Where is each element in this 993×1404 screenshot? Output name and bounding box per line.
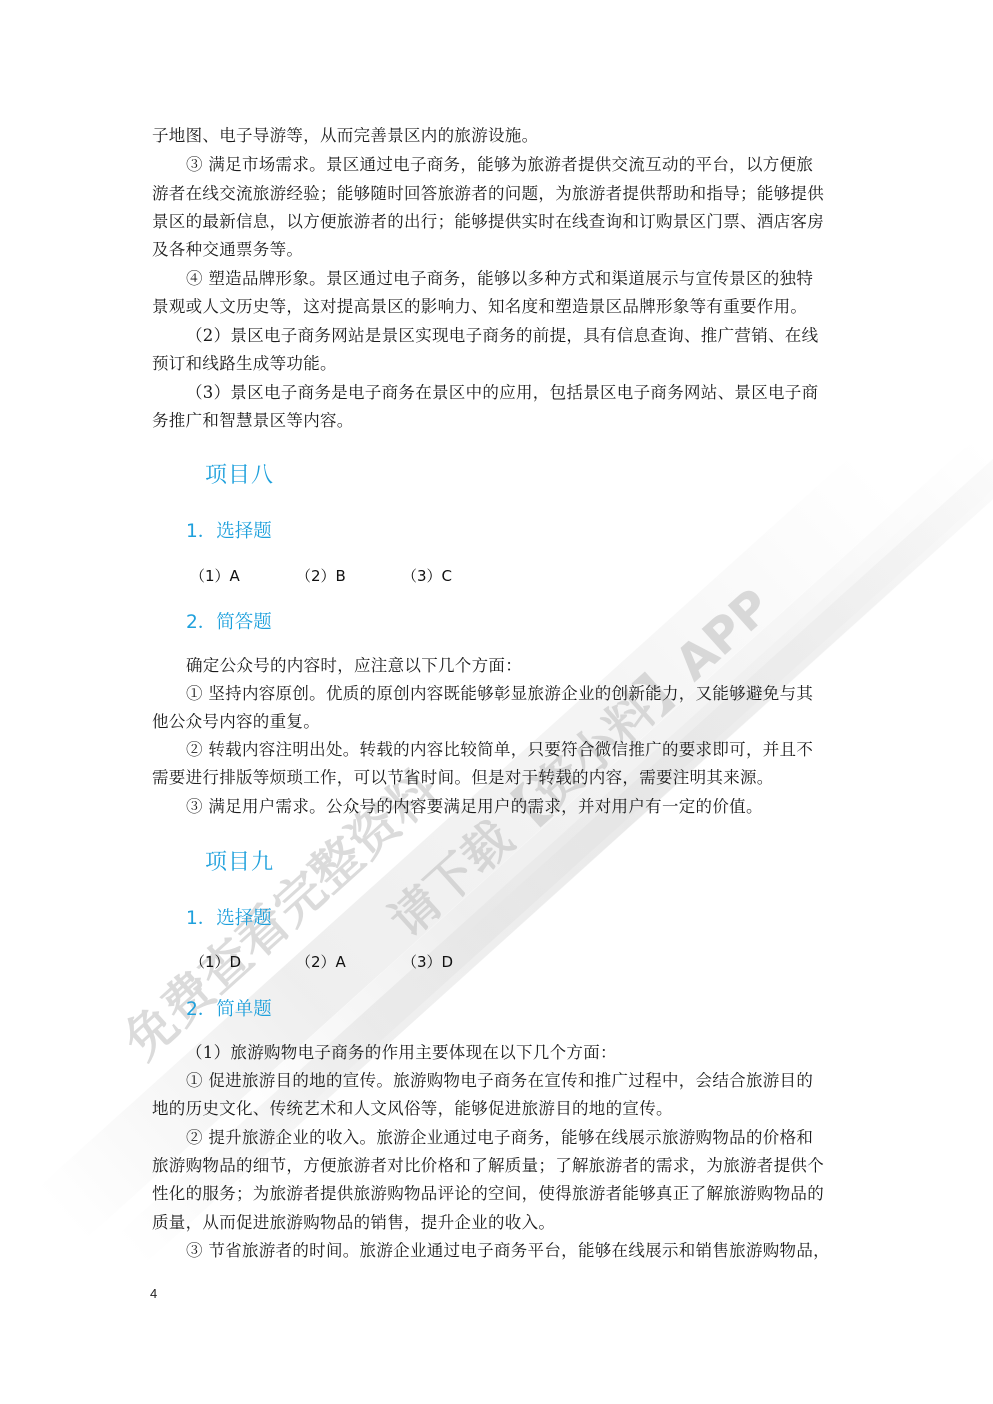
document-page: 免费查看完整资料 请下载【资小料】APP 子地图、电子导游等，从而完善景区内的旅…: [0, 0, 993, 1404]
paragraph-line: 务推广和智慧景区等内容。: [152, 411, 354, 431]
answer-item: （2）B: [296, 565, 402, 586]
answer-item: （2）A: [296, 951, 402, 972]
paragraph-line: ① 坚持内容原创。优质的原创内容既能够彰显旅游企业的创新能力，又能够避免与其: [186, 684, 813, 704]
paragraph-line: ④ 塑造品牌形象。景区通过电子商务，能够以多种方式和渠道展示与宣传景区的独特: [186, 269, 813, 289]
paragraph-line: 景区的最新信息，以方便旅游者的出行；能够提供实时在线查询和订购景区门票、酒店客房: [152, 212, 824, 232]
paragraph-line: ③ 满足市场需求。景区通过电子商务，能够为旅游者提供交流互动的平台，以方便旅: [186, 155, 813, 175]
paragraph-line: 地的历史文化、传统艺术和人文风俗等，能够促进旅游目的地的宣传。: [152, 1099, 673, 1119]
paragraph-line: ② 提升旅游企业的收入。旅游企业通过电子商务，能够在线展示旅游购物品的价格和: [186, 1128, 813, 1148]
paragraph-line: 旅游购物品的细节，方便旅游者对比价格和了解质量；了解旅游者的需求，为旅游者提供个: [152, 1156, 824, 1176]
watermark-band: [233, 437, 993, 1143]
paragraph-line: （1）旅游购物电子商务的作用主要体现在以下几个方面：: [186, 1043, 617, 1063]
paragraph-line: （3）景区电子商务是电子商务在景区中的应用，包括景区电子商务网站、景区电子商: [186, 383, 818, 403]
paragraph-line: 性化的服务；为旅游者提供旅游购物品评论的空间，使得旅游者能够真正了解旅游购物品的: [152, 1184, 824, 1204]
paragraph-line: 景观或人文历史等，这对提高景区的影响力、知名度和塑造景区品牌形象等有重要作用。: [152, 297, 807, 317]
project-9-short-question-heading: 2．简单题: [186, 995, 272, 1021]
paragraph-line: 及各种交通票务等。: [152, 240, 303, 260]
answer-item: （1）A: [190, 565, 296, 586]
paragraph-line: 需要进行排版等烦琐工作，可以节省时间。但是对于转载的内容，需要注明其来源。: [152, 768, 774, 788]
project-8-choice-heading: 1．选择题: [186, 517, 272, 543]
project-8-short-answer-heading: 2．简答题: [186, 608, 272, 634]
answer-item: （3）D: [402, 951, 508, 972]
project-9-choice-heading: 1．选择题: [186, 904, 272, 930]
paragraph-line: ① 促进旅游目的地的宣传。旅游购物电子商务在宣传和推广过程中，会结合旅游目的: [186, 1071, 813, 1091]
paragraph-line: 子地图、电子导游等，从而完善景区内的旅游设施。: [152, 126, 538, 146]
paragraph-line: （2）景区电子商务网站是景区实现电子商务的前提，具有信息查询、推广营销、在线: [186, 326, 818, 346]
paragraph-line: 游者在线交流旅游经验；能够随时回答旅游者的问题，为旅游者提供帮助和指导；能够提供: [152, 184, 824, 204]
project-9-answers: （1）D（2）A（3）D: [190, 951, 508, 972]
paragraph-line: 确定公众号的内容时，应注意以下几个方面：: [186, 656, 522, 676]
project-9-title: 项目九: [205, 845, 274, 876]
answer-item: （3）C: [402, 565, 508, 586]
paragraph-line: ③ 满足用户需求。公众号的内容要满足用户的需求，并对用户有一定的价值。: [186, 797, 763, 817]
page-number: 4: [150, 1286, 157, 1301]
watermark-text-line2: 请下载【资小料】APP: [372, 570, 783, 950]
paragraph-line: ③ 节省旅游者的时间。旅游企业通过电子商务平台，能够在线展示和销售旅游购物品，: [186, 1241, 830, 1261]
answer-item: （1）D: [190, 951, 296, 972]
paragraph-line: ② 转载内容注明出处。转载的内容比较简单，只要符合微信推广的要求即可，并且不: [186, 740, 813, 760]
paragraph-line: 质量，从而促进旅游购物品的销售，提升企业的收入。: [152, 1213, 555, 1233]
paragraph-line: 他公众号内容的重复。: [152, 712, 320, 732]
paragraph-line: 预订和线路生成等功能。: [152, 354, 337, 374]
project-8-answers: （1）A（2）B（3）C: [190, 565, 508, 586]
project-8-title: 项目八: [205, 458, 274, 489]
